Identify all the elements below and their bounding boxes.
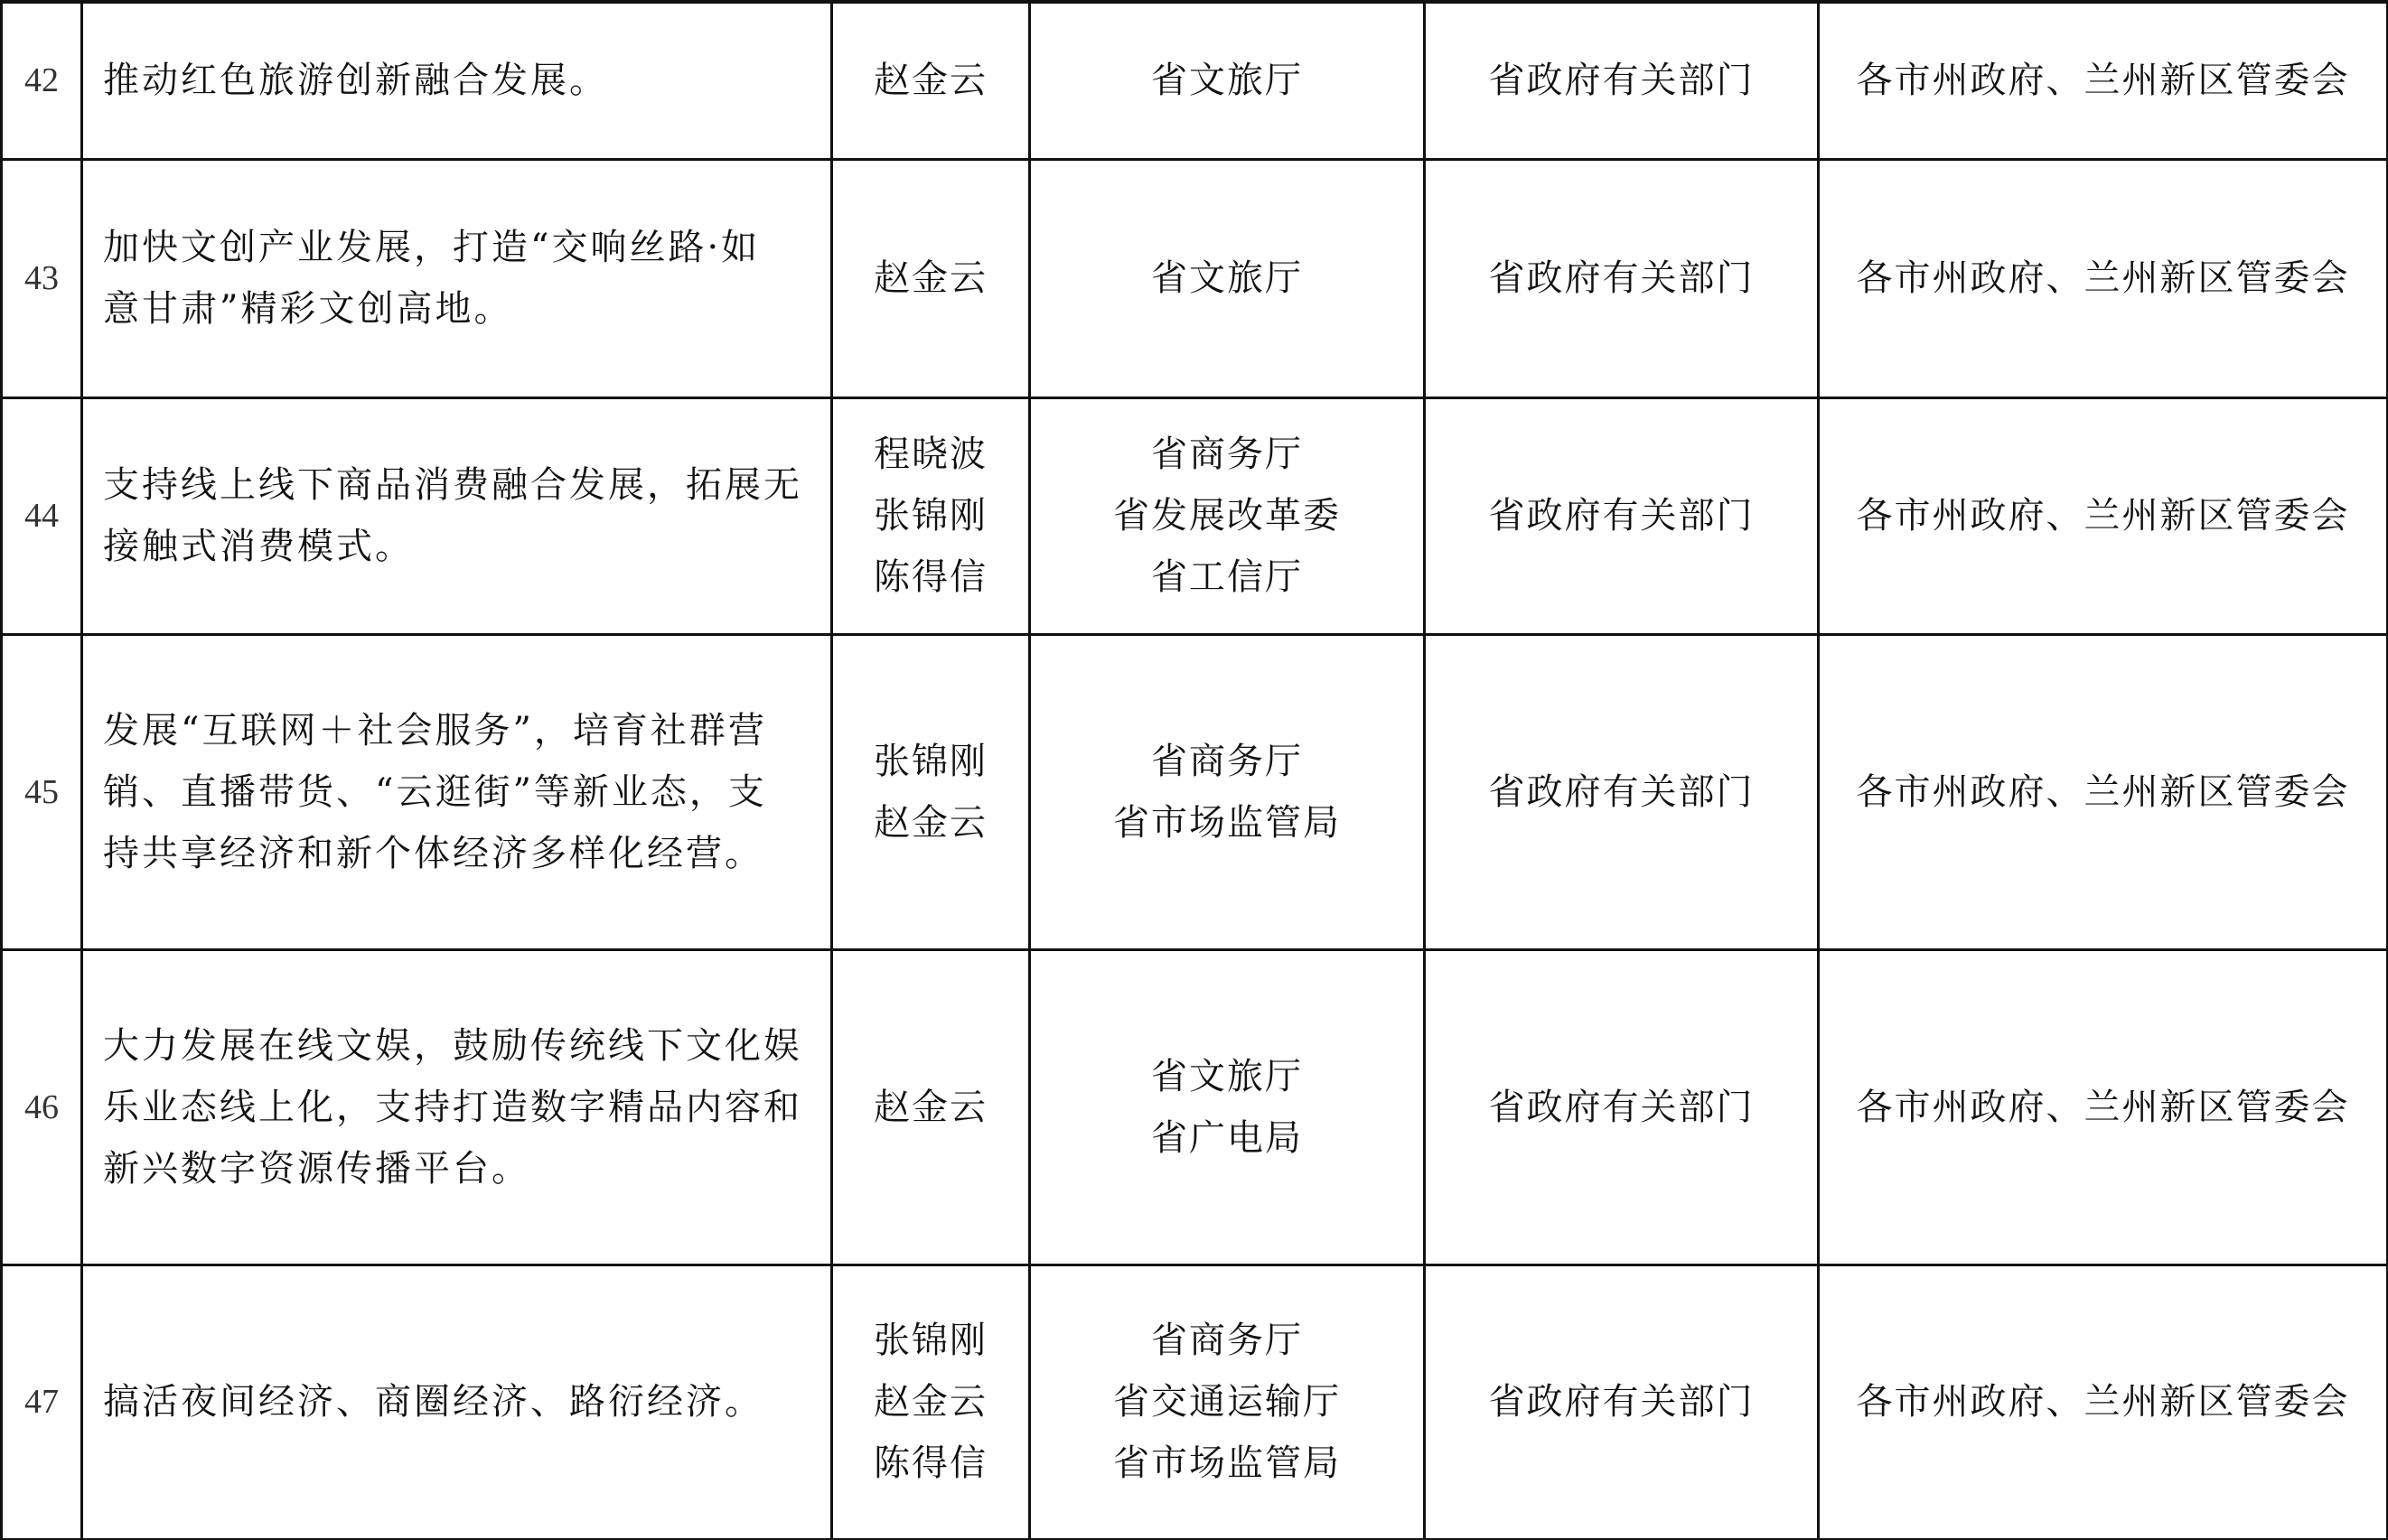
cooperating-units: 省政府有关部门 bbox=[1425, 159, 1819, 397]
leader-name: 陈得信 bbox=[833, 546, 1028, 608]
task-description: 大力发展在线文娱，鼓励传统线下文化娱 乐业态线上化，支持打造数字精品内容和 新兴… bbox=[82, 949, 832, 1265]
lead-department: 省商务厅 省发展改革委 省工信厅 bbox=[1030, 397, 1425, 634]
implementing-units: 各市州政府、兰州新区管委会 bbox=[1819, 2, 2388, 159]
department-name: 省商务厅 bbox=[1031, 731, 1423, 792]
table-row: 43 加快文创产业发展，打造“交响丝路·如 意甘肃”精彩文创高地。 赵金云 省文… bbox=[2, 159, 2388, 397]
implementing-units: 各市州政府、兰州新区管委会 bbox=[1819, 159, 2388, 397]
department-name: 省商务厅 bbox=[1031, 424, 1423, 485]
leader-name: 赵金云 bbox=[833, 50, 1028, 111]
department-name: 省工信厅 bbox=[1031, 546, 1423, 608]
row-number: 47 bbox=[2, 1265, 82, 1540]
lead-department: 省文旅厅 省广电局 bbox=[1030, 949, 1425, 1265]
task-line: 发展“互联网＋社会服务”，培育社群营 bbox=[103, 700, 810, 761]
department-name: 省文旅厅 bbox=[1031, 50, 1423, 111]
task-description: 加快文创产业发展，打造“交响丝路·如 意甘肃”精彩文创高地。 bbox=[82, 159, 832, 397]
leader-name: 陈得信 bbox=[833, 1433, 1028, 1494]
task-line: 乐业态线上化，支持打造数字精品内容和 bbox=[103, 1077, 810, 1138]
department-name: 省广电局 bbox=[1031, 1107, 1423, 1169]
task-description: 支持线上线下商品消费融合发展，拓展无 接触式消费模式。 bbox=[82, 397, 832, 634]
leader-name: 赵金云 bbox=[833, 247, 1028, 309]
table-row: 45 发展“互联网＋社会服务”，培育社群营 销、直播带货、“云逛街”等新业态，支… bbox=[2, 634, 2388, 949]
cooperating-units: 省政府有关部门 bbox=[1425, 397, 1819, 634]
task-line: 意甘肃”精彩文创高地。 bbox=[103, 278, 810, 340]
leader-name: 张锦刚 bbox=[833, 731, 1028, 792]
responsible-leader: 张锦刚 赵金云 陈得信 bbox=[832, 1265, 1030, 1540]
lead-department: 省文旅厅 bbox=[1030, 2, 1425, 159]
cooperating-units: 省政府有关部门 bbox=[1425, 634, 1819, 949]
cooperating-units: 省政府有关部门 bbox=[1425, 1265, 1819, 1540]
implementing-units: 各市州政府、兰州新区管委会 bbox=[1819, 634, 2388, 949]
implementing-units: 各市州政府、兰州新区管委会 bbox=[1819, 949, 2388, 1265]
responsible-leader: 赵金云 bbox=[832, 2, 1030, 159]
responsible-leader: 程晓波 张锦刚 陈得信 bbox=[832, 397, 1030, 634]
cooperating-units: 省政府有关部门 bbox=[1425, 949, 1819, 1265]
leader-name: 赵金云 bbox=[833, 792, 1028, 854]
task-line: 推动红色旅游创新融合发展。 bbox=[103, 50, 810, 111]
department-name: 省市场监管局 bbox=[1031, 792, 1423, 854]
implementing-units: 各市州政府、兰州新区管委会 bbox=[1819, 397, 2388, 634]
task-line: 新兴数字资源传播平台。 bbox=[103, 1138, 810, 1199]
task-line: 大力发展在线文娱，鼓励传统线下文化娱 bbox=[103, 1015, 810, 1077]
task-table: 42 推动红色旅游创新融合发展。 赵金云 省文旅厅 省政府有关部门 各市州政府、… bbox=[0, 0, 2388, 1540]
leader-name: 程晓波 bbox=[833, 424, 1028, 485]
row-number: 42 bbox=[2, 2, 82, 159]
task-line: 接触式消费模式。 bbox=[103, 516, 810, 577]
department-name: 省文旅厅 bbox=[1031, 247, 1423, 309]
leader-name: 张锦刚 bbox=[833, 1310, 1028, 1371]
row-number: 46 bbox=[2, 949, 82, 1265]
leader-name: 赵金云 bbox=[833, 1077, 1028, 1138]
row-number: 43 bbox=[2, 159, 82, 397]
task-line: 搞活夜间经济、商圈经济、路衍经济。 bbox=[103, 1371, 810, 1433]
task-line: 销、直播带货、“云逛街”等新业态，支 bbox=[103, 761, 810, 823]
task-description: 搞活夜间经济、商圈经济、路衍经济。 bbox=[82, 1265, 832, 1540]
department-name: 省文旅厅 bbox=[1031, 1046, 1423, 1107]
responsible-leader: 赵金云 bbox=[832, 159, 1030, 397]
task-description: 推动红色旅游创新融合发展。 bbox=[82, 2, 832, 159]
cooperating-units: 省政府有关部门 bbox=[1425, 2, 1819, 159]
department-name: 省交通运输厅 bbox=[1031, 1371, 1423, 1433]
department-name: 省发展改革委 bbox=[1031, 485, 1423, 546]
lead-department: 省文旅厅 bbox=[1030, 159, 1425, 397]
lead-department: 省商务厅 省市场监管局 bbox=[1030, 634, 1425, 949]
row-number: 45 bbox=[2, 634, 82, 949]
table-row: 47 搞活夜间经济、商圈经济、路衍经济。 张锦刚 赵金云 陈得信 省商务厅 省交… bbox=[2, 1265, 2388, 1540]
lead-department: 省商务厅 省交通运输厅 省市场监管局 bbox=[1030, 1265, 1425, 1540]
leader-name: 赵金云 bbox=[833, 1371, 1028, 1433]
responsible-leader: 赵金云 bbox=[832, 949, 1030, 1265]
task-description: 发展“互联网＋社会服务”，培育社群营 销、直播带货、“云逛街”等新业态，支 持共… bbox=[82, 634, 832, 949]
table-row: 46 大力发展在线文娱，鼓励传统线下文化娱 乐业态线上化，支持打造数字精品内容和… bbox=[2, 949, 2388, 1265]
table-row: 44 支持线上线下商品消费融合发展，拓展无 接触式消费模式。 程晓波 张锦刚 陈… bbox=[2, 397, 2388, 634]
responsible-leader: 张锦刚 赵金云 bbox=[832, 634, 1030, 949]
leader-name: 张锦刚 bbox=[833, 485, 1028, 546]
department-name: 省商务厅 bbox=[1031, 1310, 1423, 1371]
department-name: 省市场监管局 bbox=[1031, 1433, 1423, 1494]
task-line: 加快文创产业发展，打造“交响丝路·如 bbox=[103, 217, 810, 278]
row-number: 44 bbox=[2, 397, 82, 634]
table-row: 42 推动红色旅游创新融合发展。 赵金云 省文旅厅 省政府有关部门 各市州政府、… bbox=[2, 2, 2388, 159]
implementing-units: 各市州政府、兰州新区管委会 bbox=[1819, 1265, 2388, 1540]
task-line: 持共享经济和新个体经济多样化经营。 bbox=[103, 823, 810, 884]
task-line: 支持线上线下商品消费融合发展，拓展无 bbox=[103, 454, 810, 516]
